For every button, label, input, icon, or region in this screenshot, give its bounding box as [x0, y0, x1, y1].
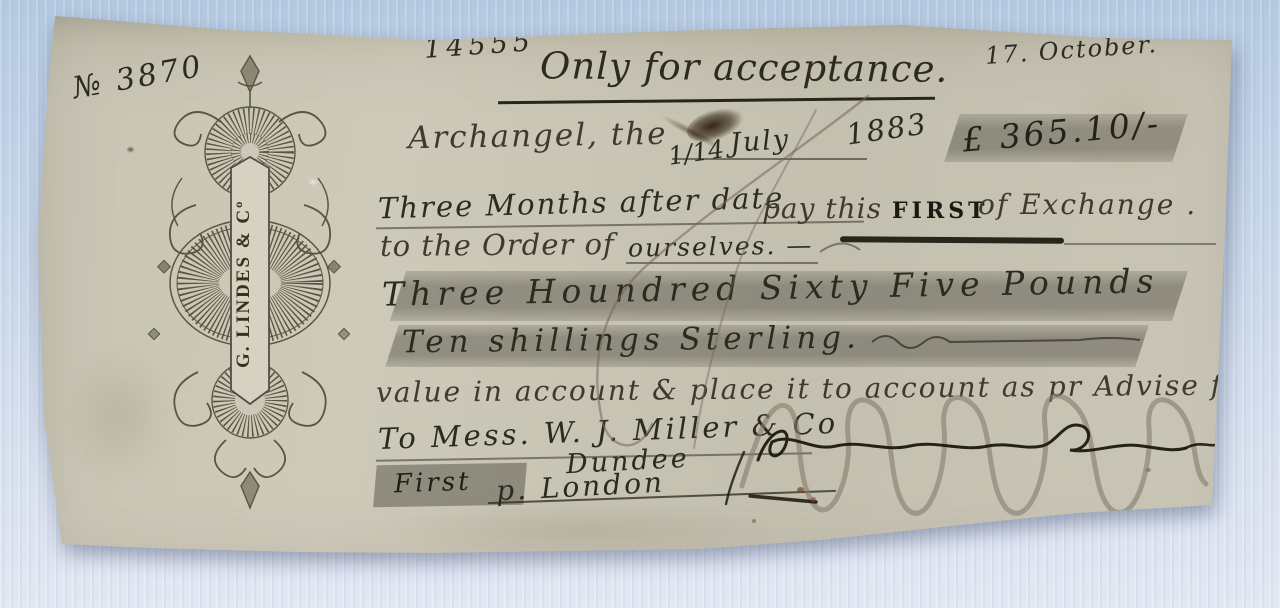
acceptance-note: Only for acceptance.	[540, 44, 949, 91]
date-day: 1/14	[666, 134, 726, 171]
order-payee: ourselves. —	[628, 230, 814, 262]
first-copy-word: FIRST	[892, 198, 988, 224]
term-handwritten: Three Months after date	[378, 181, 785, 226]
place-line-printed: Archangel, the	[408, 116, 668, 157]
value-clause: value in account & place it to account a…	[376, 368, 1280, 409]
payee-rule	[626, 262, 818, 264]
paper-nick	[308, 178, 318, 186]
photo-backdrop: { "colors": { "backdrop_blue": "#c2d3e7"…	[0, 0, 1280, 608]
document-content: G. LINDES & Cº № 3870 14555 Only for acc…	[0, 0, 1280, 608]
bill-of-exchange-paper: G. LINDES & Cº № 3870 14555 Only for acc…	[0, 0, 1280, 608]
order-printed: to the Order of	[380, 227, 615, 263]
thick-fill-line	[840, 236, 1064, 244]
aged-paper-sheet: G. LINDES & Cº № 3870 14555 Only for acc…	[0, 0, 1280, 608]
serial-number: № 3870	[70, 49, 206, 106]
of-exchange-printed: of Exchange .	[978, 188, 1197, 221]
acceptance-date: 17. October.	[984, 30, 1159, 70]
company-name-banner: G. LINDES & Cº	[233, 172, 270, 396]
age-blotch	[380, 500, 780, 560]
age-blotch	[60, 340, 180, 490]
paper-nick	[126, 146, 135, 153]
rust-speck	[752, 519, 756, 523]
date-month: July	[729, 124, 791, 159]
thin-fill-line	[1064, 243, 1216, 245]
reference-number: 14555	[423, 26, 536, 65]
amount-words-2: Ten shillings Sterling.	[402, 320, 861, 361]
date-year: 1883	[844, 106, 930, 151]
acceptance-underline	[498, 97, 935, 105]
copy-designation: First	[394, 467, 473, 500]
rust-speck	[811, 497, 816, 502]
pay-this-printed: pay this	[762, 192, 882, 225]
rust-speck	[1146, 468, 1151, 472]
